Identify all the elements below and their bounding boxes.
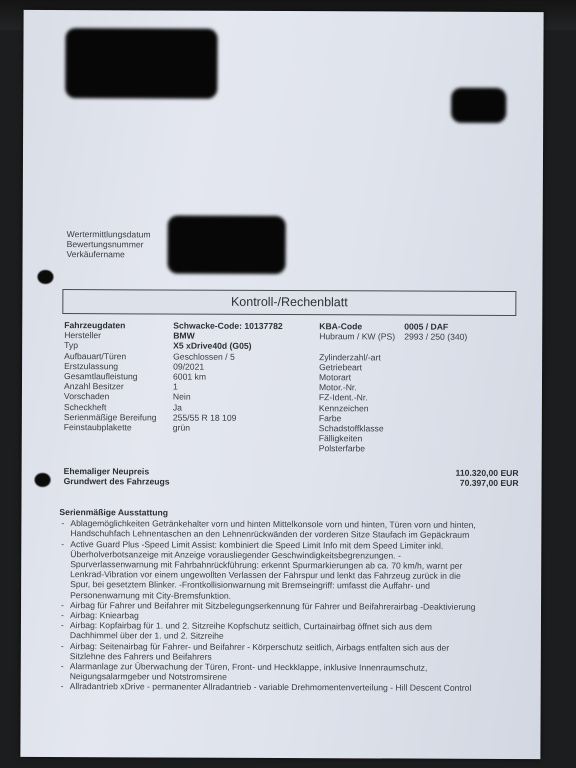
vehicle-left-values: Schwacke-Code: 10137782 BMWX5 xDrive40d … [173,321,282,342]
field-value: 2993 / 250 (340) [404,332,542,343]
field-value: 09/2021 [173,361,282,372]
equipment-item: Active Guard Plus -Speed Limit Assist: k… [59,539,479,602]
header-labels: Wertermittlungsdatum Bewertungsnummer Ve… [67,229,151,260]
field-label: Kennzeichen [319,403,395,414]
field-label: Schadstoffklasse [319,423,395,434]
field-label: Motorart [319,372,395,383]
field-label: Hubraum / KW (PS) [319,331,395,342]
paper-document: Wertermittlungsdatum Bewertungsnummer Ve… [20,10,543,759]
punch-hole [37,270,53,284]
price-labels: Ehemaliger Neupreis Grundwert des Fahrze… [64,466,170,487]
equipment-heading: Serienmäßige Ausstattung [59,507,479,519]
kba-label: KBA-Code [319,321,395,332]
value-grundwert: 70.397,00 EUR [422,478,519,489]
equipment-item: Ablagemöglichkeiten Getränkehalter vorn … [59,518,479,540]
field-value: 6001 km [173,371,282,382]
field-value: BMW [173,331,282,342]
field-label: Feinstaubplakette [64,422,157,433]
price-values: 110.320,00 EUR 70.397,00 EUR [422,468,519,489]
field-value: Geschlossen / 5 [173,351,282,362]
field-value: X5 xDrive40d (G05) [173,341,282,352]
field-label: Fälligkeiten [319,433,395,444]
redacted-block [451,88,506,123]
field-label [319,342,395,353]
label-wertermittlungsdatum: Wertermittlungsdatum [67,229,151,240]
field-value: Nein [173,392,282,403]
equipment-item: Airbag: Kopfairbag für 1. und 2. Sitzrei… [59,620,479,642]
field-label: FZ-Ident.-Nr. [319,392,395,403]
field-value: grün [173,422,282,433]
field-label: Vorschaden [64,391,157,402]
field-label: Getriebeart [319,362,395,373]
label-neupreis: Ehemaliger Neupreis [64,466,170,477]
equipment-item: Airbag: Seitenairbag für Fahrer- und Bei… [59,641,479,663]
field-label: Gesamtlaufleistung [64,371,157,382]
label-verkaeufername: Verkäufername [67,249,151,260]
equipment-item: Alarmanlage zur Überwachung der Türen, F… [59,661,479,683]
field-label: Aufbauart/Türen [64,351,157,362]
field-value [404,342,542,343]
redacted-block [167,215,285,274]
field-label: Hersteller [64,330,157,341]
label-grundwert: Grundwert des Fahrzeugs [64,476,170,487]
vehicle-left-labels: Fahrzeugdaten HerstellerTypAufbauart/Tür… [64,320,157,341]
kba-value: 0005 / DAF [404,322,542,333]
field-value: 1 [173,382,282,393]
field-value: Ja [173,402,282,413]
section-label: Fahrzeugdaten [64,320,157,331]
field-label: Erstzulassung [64,361,157,372]
field-label: Farbe [319,413,395,424]
field-value: 255/55 R 18 109 [173,412,282,423]
label-bewertungsnummer: Bewertungsnummer [67,239,151,250]
schwacke-code: Schwacke-Code: 10137782 [173,321,282,332]
field-label: Serienmäßige Bereifung [64,412,157,423]
field-label: Anzahl Besitzer [64,381,157,392]
page-title: Kontroll-/Rechenblatt [62,289,516,316]
field-label: Zylinderzahl/-art [319,352,395,363]
equipment-item: Allradantrieb xDrive - permanenter Allra… [59,681,479,693]
field-label: Polsterfarbe [319,443,395,454]
field-label: Scheckheft [64,402,157,413]
field-label: Typ [64,340,157,351]
vehicle-right-labels: KBA-Code Hubraum / KW (PS)Zylinderzahl/-… [319,321,395,342]
redacted-block [65,28,217,99]
value-neupreis: 110.320,00 EUR [422,468,519,479]
equipment-section: Serienmäßige Ausstattung Ablagemöglichke… [59,507,480,693]
vehicle-right-values: 0005 / DAF 2993 / 250 (340)6 / Reihe8-Ga… [404,322,542,343]
field-label: Motor.-Nr. [319,382,395,393]
punch-hole [35,473,51,487]
